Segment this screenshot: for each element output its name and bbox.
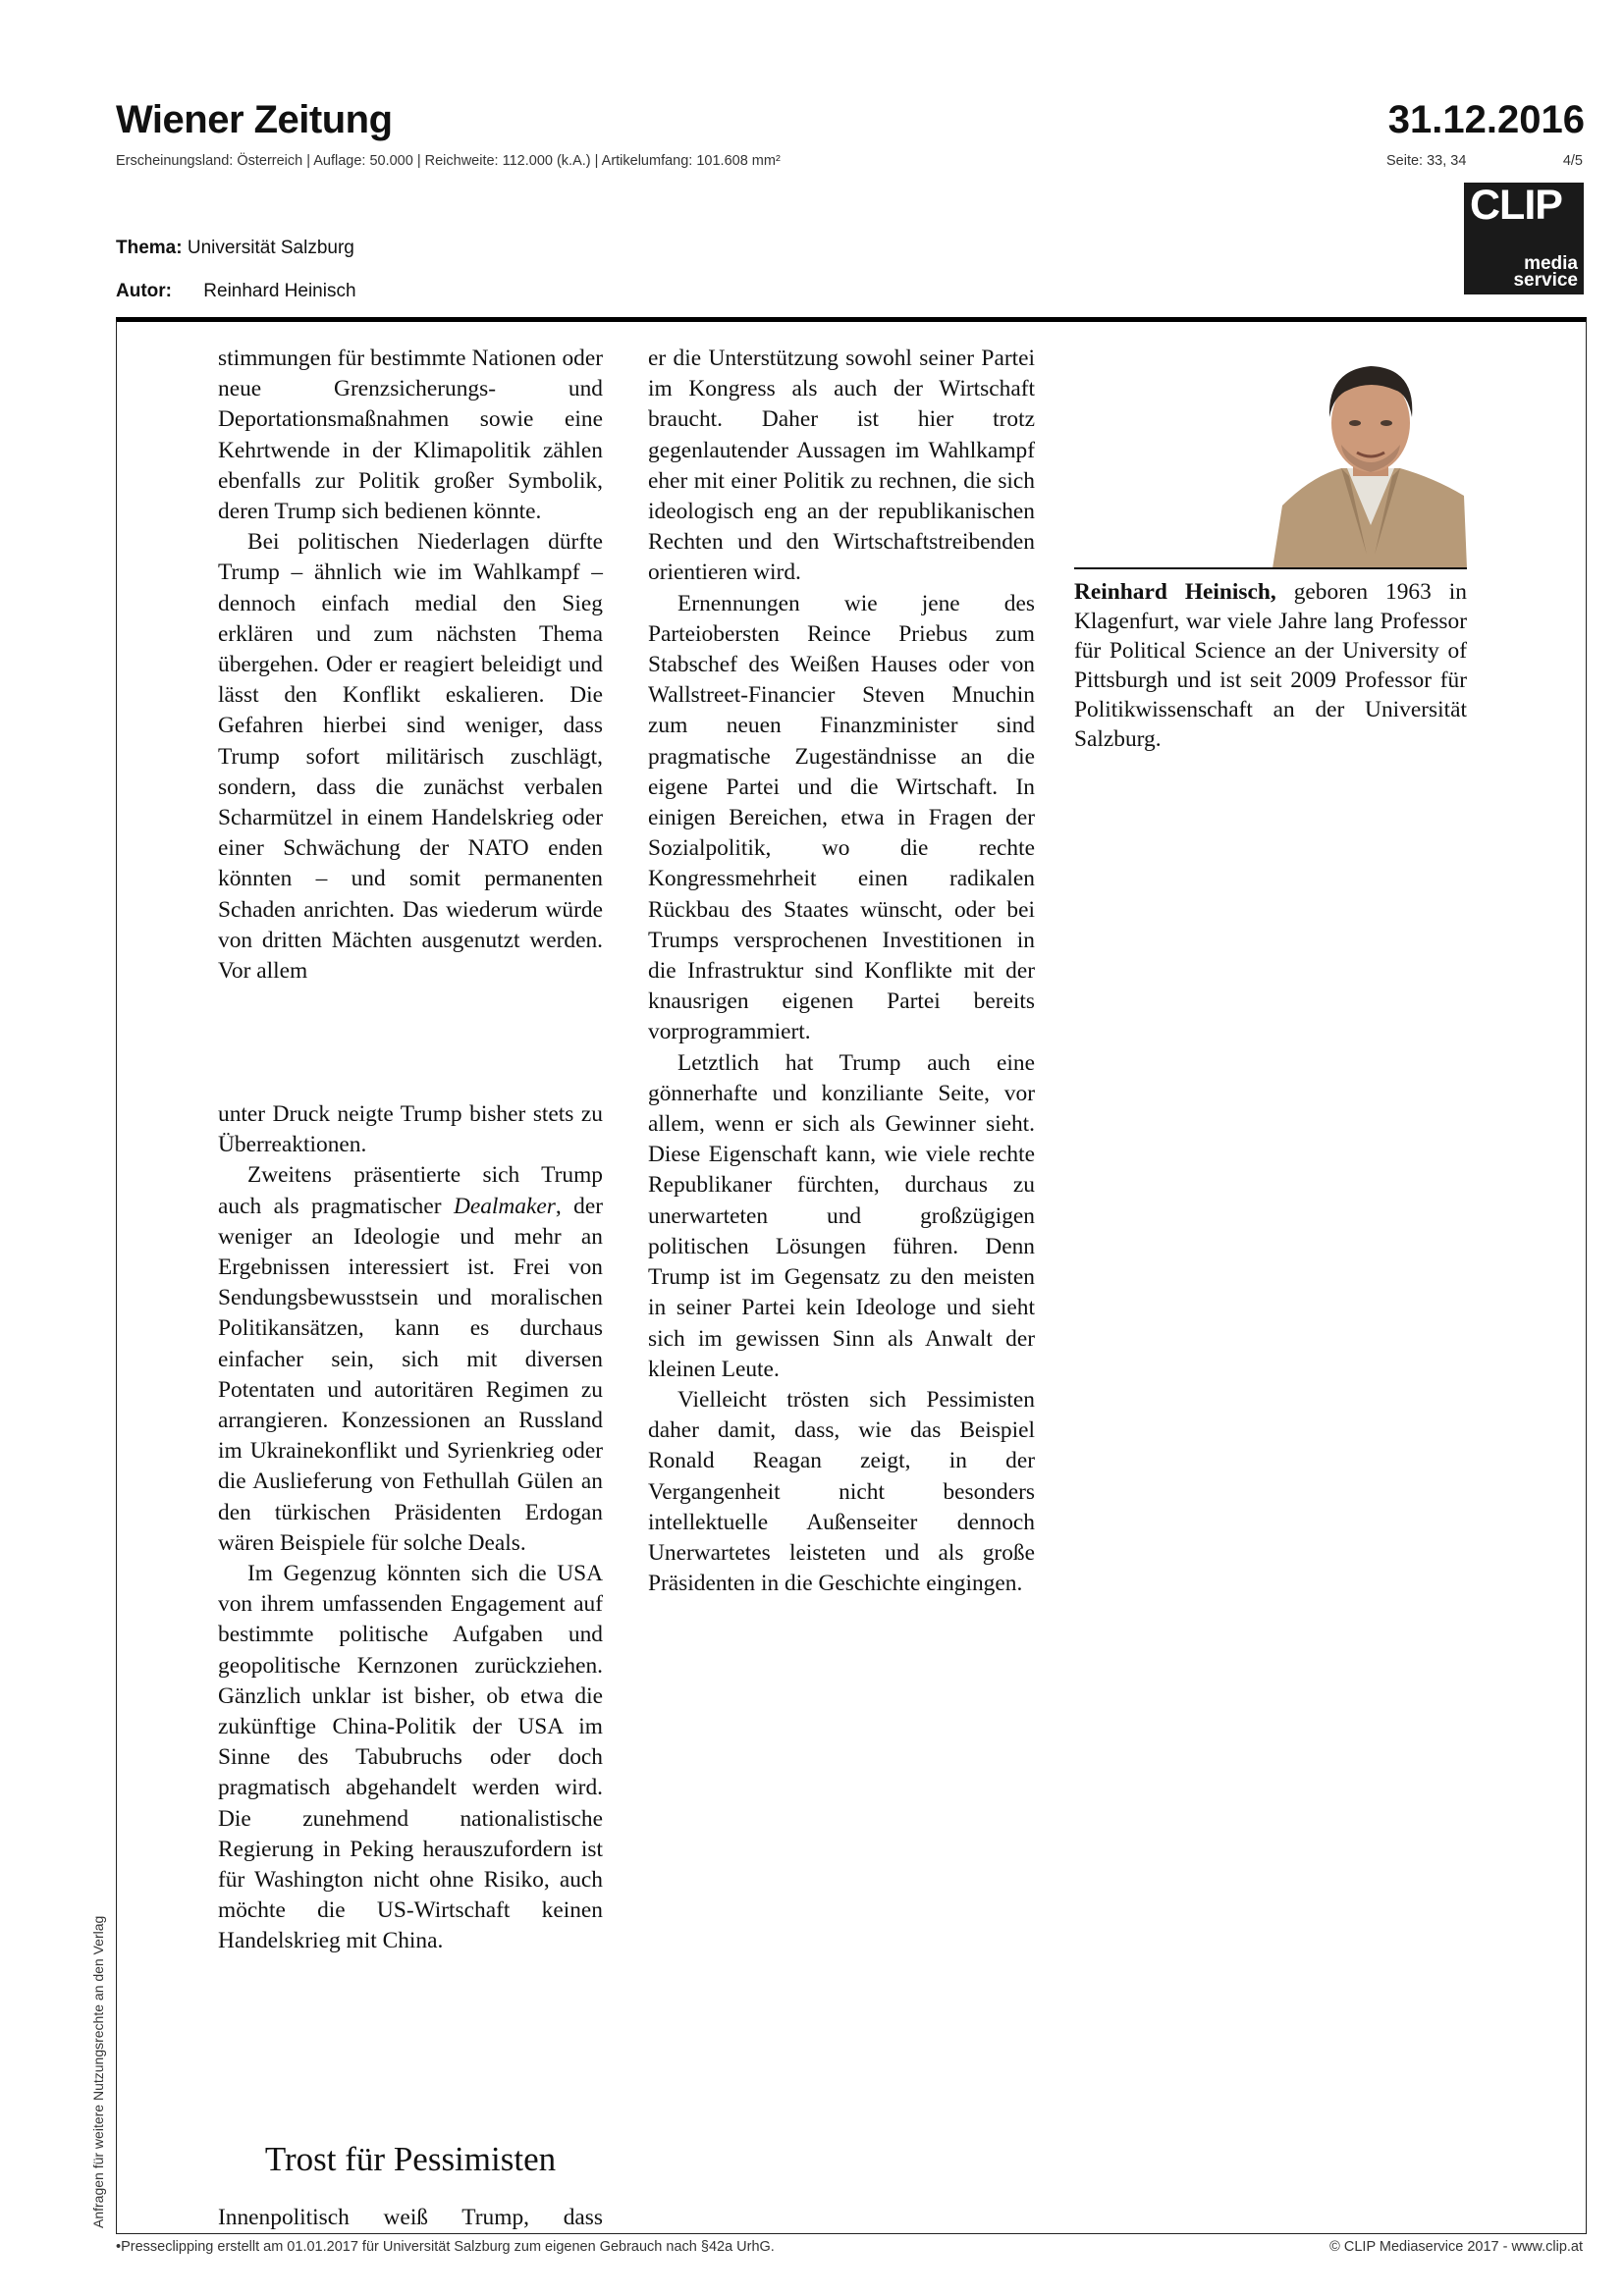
topic-label: Thema: xyxy=(116,238,183,258)
author-box-divider xyxy=(1074,567,1467,569)
clip-logo: CLIP media service xyxy=(1464,183,1584,294)
clip-logo-line2: service xyxy=(1513,272,1578,289)
clip-logo-subtitle: media service xyxy=(1513,255,1578,289)
paragraph-first-line: Innenpolitisch weiß Trump, dass xyxy=(218,2205,603,2231)
article-column-1-continued: unter Druck neigte Trump bisher stets zu… xyxy=(218,1099,603,1957)
author-label: Autor: xyxy=(116,281,198,302)
paragraph: er die Unterstützung sowohl seiner Parte… xyxy=(648,344,1035,589)
author-bio-name: Reinhard Heinisch, xyxy=(1074,579,1276,605)
author-value: Reinhard Heinisch xyxy=(203,281,355,301)
paragraph: Im Gegenzug könnten sich die USA von ihr… xyxy=(218,1559,603,1957)
paragraph: Letztlich hat Trump auch eine gönnerhaft… xyxy=(648,1048,1035,1385)
paragraph: Ernennungen wie jene des Parteiobersten … xyxy=(648,589,1035,1048)
page-numbers: Seite: 33, 34 xyxy=(1386,153,1466,169)
italic-term: Dealmaker xyxy=(454,1194,556,1219)
paragraph: unter Druck neigte Trump bisher stets zu… xyxy=(218,1099,603,1160)
author-photo xyxy=(1272,358,1467,568)
footer-copyright: © CLIP Mediaservice 2017 - www.clip.at xyxy=(1329,2239,1583,2255)
paragraph: Bei politischen Niederlagen dürfte Trump… xyxy=(218,527,603,987)
issue-date: 31.12.2016 xyxy=(1388,98,1585,142)
publication-meta: Erscheinungsland: Österreich | Auflage: … xyxy=(116,153,781,169)
paragraph: stimmungen für bestimmte Nationen oder n… xyxy=(218,344,603,527)
publication-title: Wiener Zeitung xyxy=(116,98,393,142)
clip-logo-word: CLIP xyxy=(1470,183,1562,228)
author-bio-text: geboren 1963 in Klagenfurt, war viele Ja… xyxy=(1074,579,1467,752)
section-heading: Trost für Pessimisten xyxy=(218,2140,603,2179)
topic-line: Thema: Universität Salzburg xyxy=(116,238,354,259)
portrait-image-icon xyxy=(1272,358,1467,568)
author-bio: Reinhard Heinisch, geboren 1963 in Klage… xyxy=(1074,577,1467,754)
clip-page-count: 4/5 xyxy=(1563,153,1583,169)
paragraph-rest: , der weniger an Ideologie und mehr an E… xyxy=(218,1194,603,1556)
paragraph: Vielleicht trösten sich Pessimisten dahe… xyxy=(648,1385,1035,1599)
topic-value: Universität Salzburg xyxy=(188,238,354,258)
author-line: Autor: Reinhard Heinisch xyxy=(116,281,356,302)
paragraph: Zweitens präsentierte sich Trump auch al… xyxy=(218,1160,603,1559)
article-column-2: er die Unterstützung sowohl seiner Parte… xyxy=(648,344,1035,1599)
article-column-1: stimmungen für bestimmte Nationen oder n… xyxy=(218,344,603,987)
footer-clipping-note: •Presseclipping erstellt am 01.01.2017 f… xyxy=(116,2239,775,2255)
rights-note: Anfragen für weitere Nutzungsrechte an d… xyxy=(90,1916,106,2228)
